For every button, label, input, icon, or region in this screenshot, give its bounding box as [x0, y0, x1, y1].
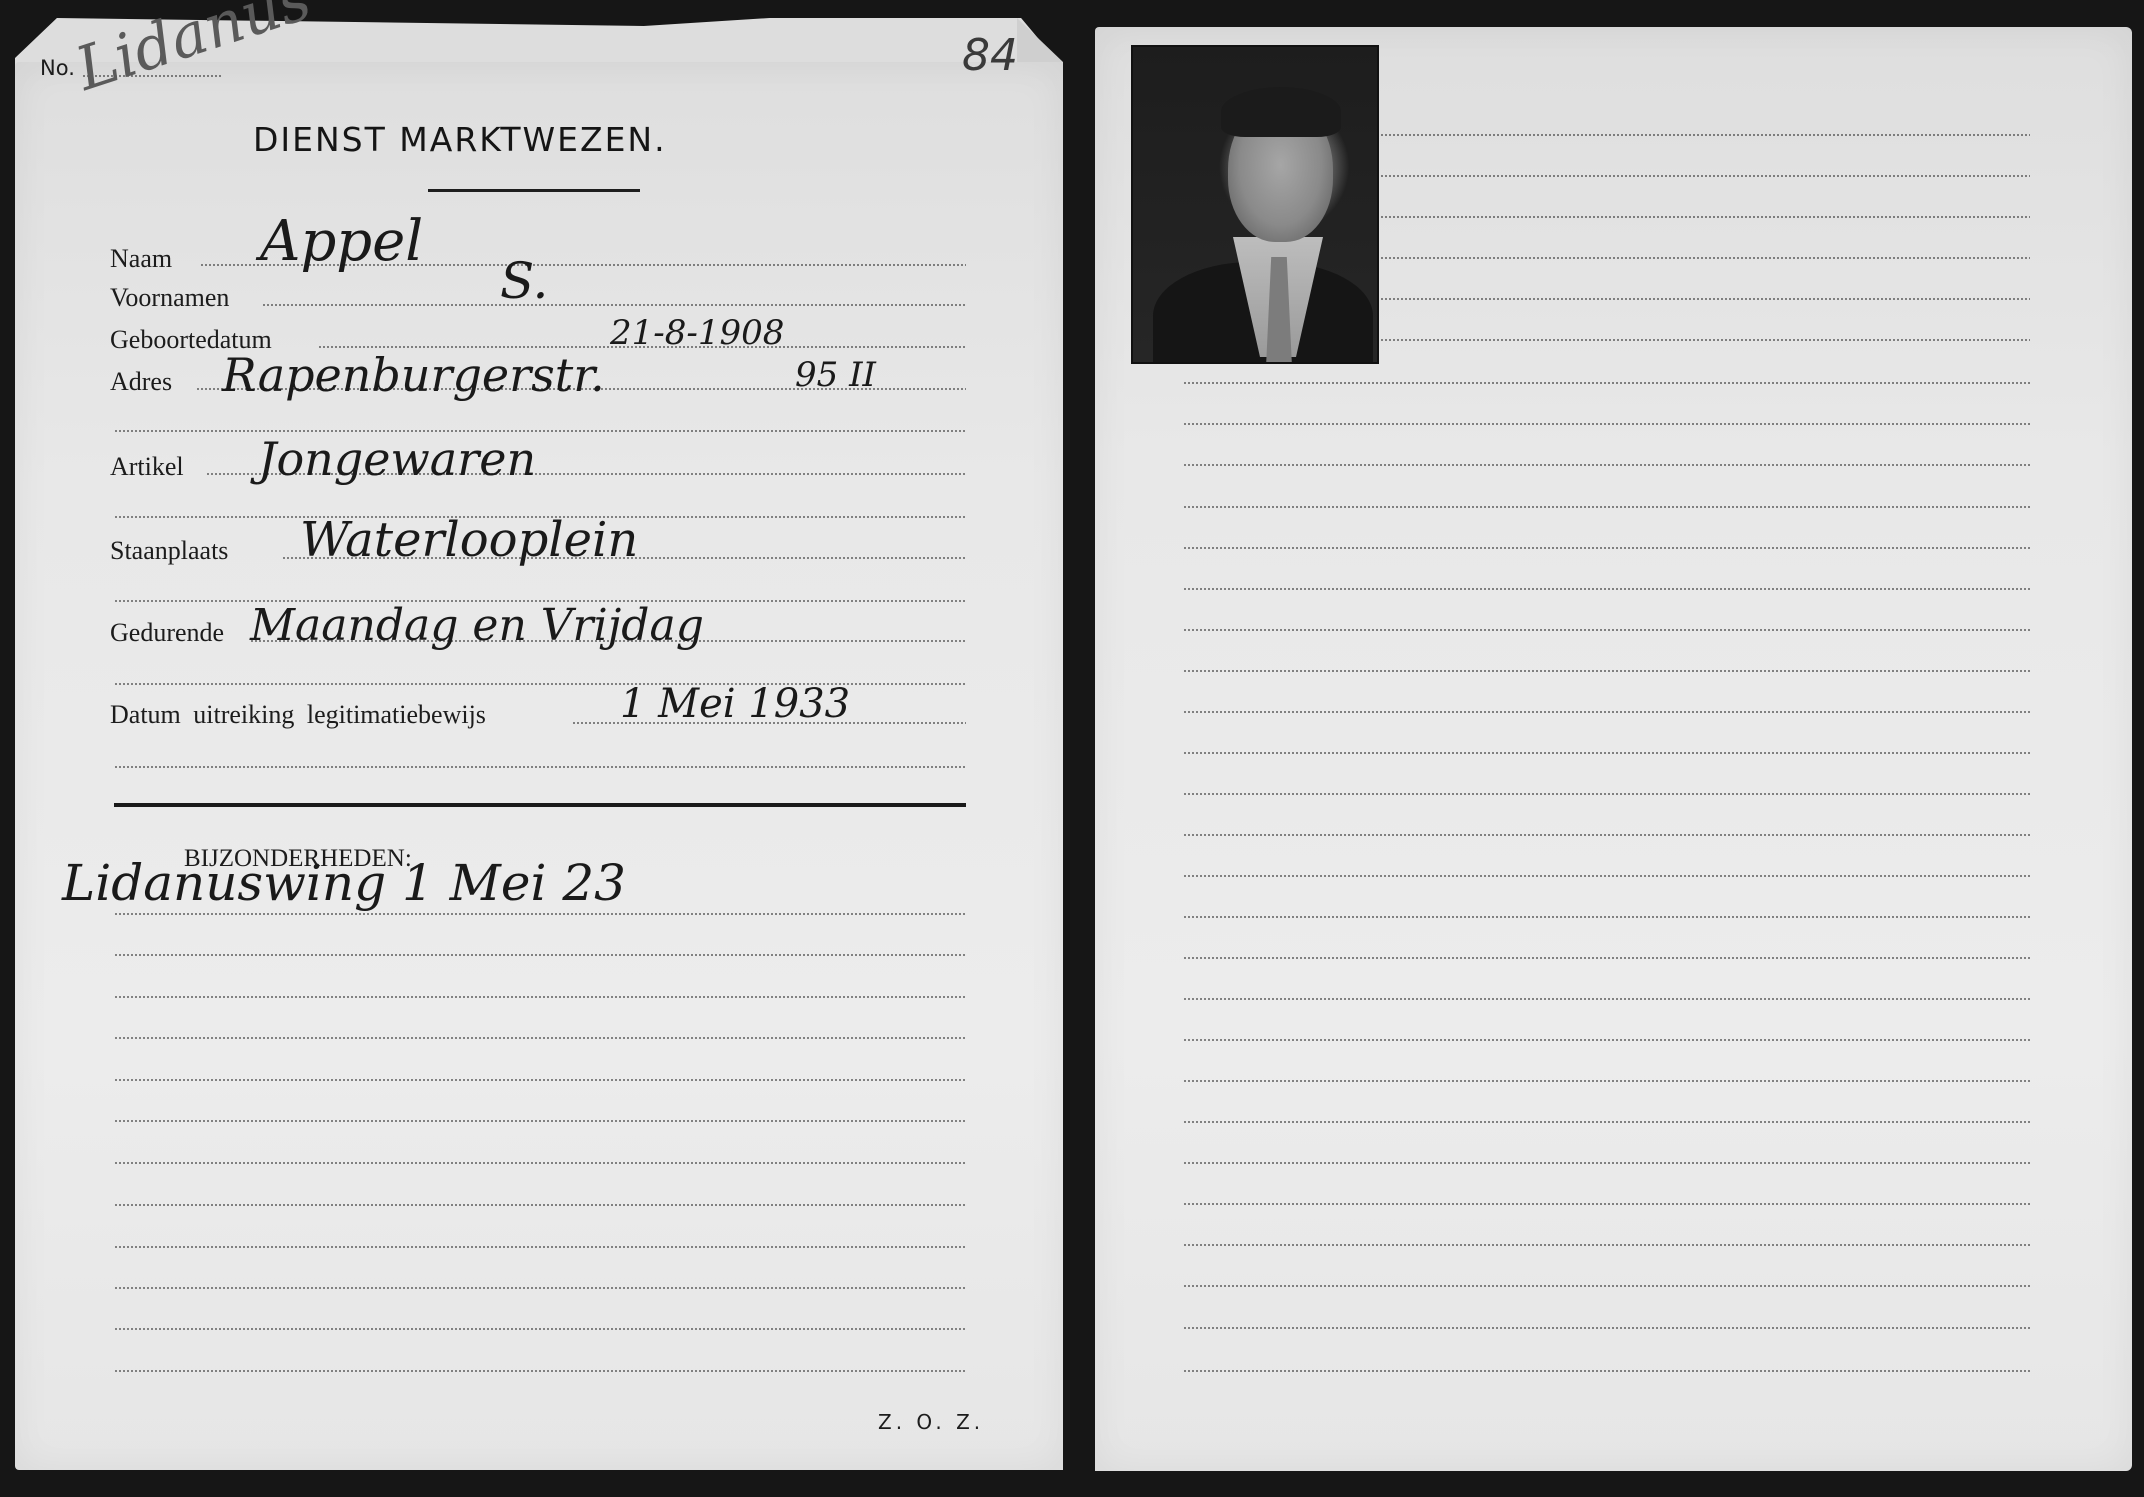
field-value-adres: Rapenburgerstr.: [222, 352, 605, 398]
ruled-line: [1183, 834, 2030, 836]
field-label-naam: Naam: [110, 246, 172, 272]
ruled-line: [1183, 670, 2030, 672]
ruled-line: [1183, 1080, 2030, 1082]
ruled-line: [114, 1287, 966, 1289]
field-label-artikel: Artikel: [110, 454, 184, 480]
ruled-line: [1183, 998, 2030, 1000]
ruled-line: [1183, 1203, 2030, 1205]
ruled-line: [114, 1370, 966, 1372]
ruled-line: [114, 1246, 966, 1248]
ruled-line: [114, 1037, 966, 1039]
section-note-handwritten: Lidanuswing 1 Mei 23: [62, 858, 626, 908]
ruled-line: [1183, 793, 2030, 795]
ruled-line: [1183, 629, 2030, 631]
ruled-line: [114, 954, 966, 956]
field-value-staanplaats: Waterlooplein: [300, 516, 638, 564]
page-number-handwritten: 84: [962, 30, 1018, 81]
field-label-voornamen: Voornamen: [110, 285, 229, 311]
ruled-line: [1380, 298, 2030, 300]
ruled-line: [114, 1162, 966, 1164]
ruled-line: [1380, 134, 2030, 136]
ruled-line: [1183, 711, 2030, 713]
ruled-line: [1183, 1327, 2030, 1329]
portrait-photo: [1133, 47, 1377, 362]
number-label: No.: [40, 56, 75, 80]
footer-zoz: Z. O. Z.: [878, 1410, 984, 1434]
form-title: DIENST MARKTWEZEN.: [253, 120, 667, 159]
ruled-line: [1380, 339, 2030, 341]
ruled-line: [1183, 1121, 2030, 1123]
ruled-line: [114, 1328, 966, 1330]
ruled-line: [1183, 464, 2030, 466]
field-value-artikel: Jongewaren: [258, 436, 536, 482]
ruled-line: [1183, 957, 2030, 959]
photo-hair-shape: [1221, 87, 1341, 137]
field-value-datum-uitreiking: 1 Mei 1933: [620, 684, 850, 724]
field-label-adres: Adres: [110, 369, 172, 395]
ruled-line: [1183, 506, 2030, 508]
ruled-line: [1380, 257, 2030, 259]
ruled-line: [1183, 588, 2030, 590]
ruled-line: [1183, 423, 2030, 425]
ruled-line: [1183, 1370, 2030, 1372]
ruled-line: [1380, 216, 2030, 218]
ruled-line: [114, 1120, 966, 1122]
field-line-datum-uitreiking-2: [114, 766, 966, 768]
ruled-line: [1183, 1285, 2030, 1287]
field-value-naam: Appel: [260, 214, 423, 270]
ruled-line: [1183, 382, 2030, 384]
ruled-line: [1183, 547, 2030, 549]
ruled-line: [114, 1079, 966, 1081]
field-line-voornamen: [262, 304, 966, 306]
field-value-geboortedatum: 21-8-1908: [610, 316, 784, 350]
field-label-staanplaats: Staanplaats: [110, 538, 228, 564]
field-value-adres-number: 95 II: [795, 358, 876, 392]
ruled-line: [1183, 1244, 2030, 1246]
ruled-line: [1183, 875, 2030, 877]
ruled-line: [1380, 175, 2030, 177]
ruled-line: [1183, 1039, 2030, 1041]
ruled-line: [114, 913, 966, 915]
ruled-line: [1183, 1162, 2030, 1164]
ruled-line: [1183, 916, 2030, 918]
ruled-line: [114, 1204, 966, 1206]
ruled-line: [114, 996, 966, 998]
field-label-datum-uitreiking: Datum uitreiking legitimatiebewijs: [110, 702, 486, 728]
field-value-gedurende: Maandag en Vrijdag: [250, 604, 704, 648]
field-value-voornamen: S.: [500, 256, 548, 306]
section-divider: [114, 803, 966, 807]
field-label-gedurende: Gedurende: [110, 620, 224, 646]
title-underline: [428, 189, 640, 192]
ruled-line: [1183, 752, 2030, 754]
field-line-adres-2: [114, 430, 966, 432]
